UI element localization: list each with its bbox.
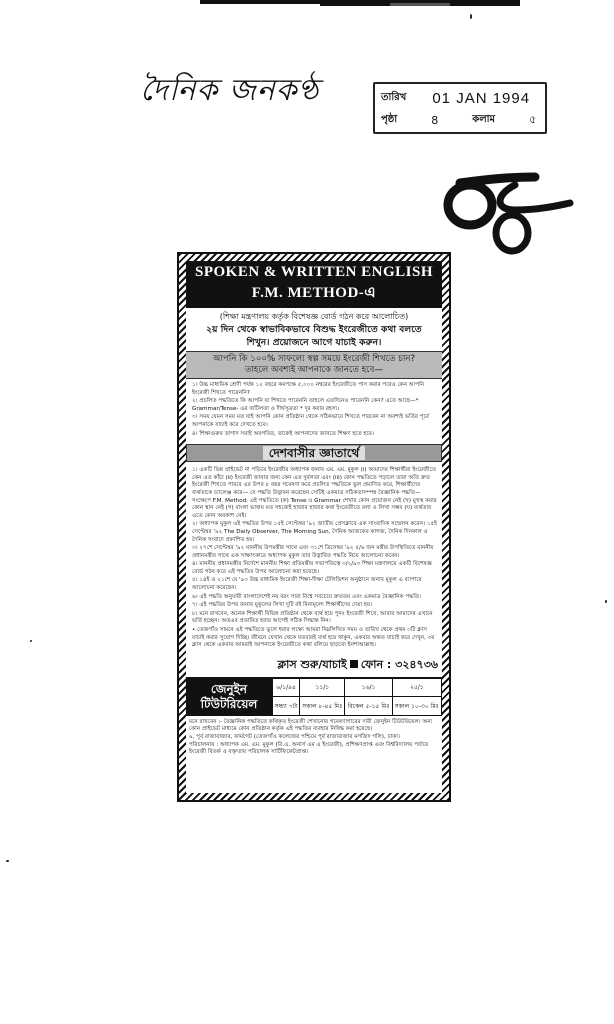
schedule-time: সন্ধ্যা ৭টা bbox=[273, 697, 300, 716]
list-item: ১। একটি ভিন্ন প্রাইভেট না পড়িয়ে ইংরেজী… bbox=[192, 467, 438, 520]
newspaper-name-handwritten: দৈনিক জনকণ্ঠ bbox=[140, 66, 319, 117]
brand-logo: জেনুইন টিউটরিয়েল bbox=[186, 678, 272, 716]
list-item: ২। প্রচলিত পদ্ধতিতে কি আপনি যা শিখতে পার… bbox=[192, 398, 438, 413]
schedule-date: ২৫/১ bbox=[392, 678, 441, 697]
ad-title-line1: SPOKEN & WRITTEN ENGLISH bbox=[186, 264, 442, 281]
schedule-time: সকাল ১০-৩০ মিঃ bbox=[392, 697, 441, 716]
schedule-block: জেনুইন টিউটরিয়েল ৬/১/৯৪ ১১/১ ১৬/১ ২৫/১ … bbox=[186, 677, 442, 716]
list-item: ২। অধ্যাপক মুকুল এই পদ্ধতির উপর ১৫ই সেপ্… bbox=[192, 521, 438, 544]
list-item: ৬। এই পদ্ধতি অনুযায়ী বাংলাদেশেই নয় বরং… bbox=[192, 594, 438, 602]
scan-top-edge bbox=[0, 0, 614, 8]
headline-line2: শিখুন। প্রয়োজনে আগে যাচাই করুন। bbox=[189, 336, 439, 349]
table-row: সন্ধ্যা ৭টা সকাল ৮-৪৫ মিঃ বিকেল ৫-১৫ মিঃ… bbox=[273, 697, 442, 716]
subtitle-note: (শিক্ষা মন্ত্রণালয় কর্তৃক বিশেষজ্ঞ বোর্… bbox=[189, 310, 439, 323]
footer-note: মনে রাখবেন :- বৈজ্ঞানিক পদ্ধতিতে কথিকৃত … bbox=[189, 719, 439, 734]
contact-line: ক্লাস শুরু/যাচাইফোন : ৩২৪৭৩৬ bbox=[186, 654, 442, 677]
class-start-label: ক্লাস শুরু/যাচাই bbox=[278, 658, 347, 671]
newspaper-advertisement: SPOKEN & WRITTEN ENGLISH F.M. METHOD-এ (… bbox=[177, 252, 451, 802]
question-line1: আপনি কি ১০০% সাফল্যে স্বল্প সময়ে ইংরেজী… bbox=[188, 354, 440, 365]
facts-list: ১। একটি ভিন্ন প্রাইভেট না পড়িয়ে ইংরেজী… bbox=[186, 464, 442, 654]
list-item: ৮। মনে রাখবেন, অনেক শিক্ষার্থী বিভিন্ন প… bbox=[192, 611, 438, 626]
footer-director: পরিচালনায় : অধ্যাপক এম. এম. মুকুল (বি.এ… bbox=[189, 742, 439, 757]
brand-line2: টিউটরিয়েল bbox=[186, 697, 272, 712]
schedule-date: ১৬/১ bbox=[345, 678, 392, 697]
archive-date-stamp: তারিখ 01 JAN 1994 পৃষ্ঠা 8 কলাম ৫ bbox=[373, 82, 547, 134]
brand-line1: জেনুইন bbox=[186, 682, 272, 697]
ad-title-banner: SPOKEN & WRITTEN ENGLISH F.M. METHOD-এ bbox=[186, 261, 442, 308]
scan-speck bbox=[470, 14, 472, 19]
headline-line1: ২য় দিন থেকে স্বাভাবিকভাবে বিশুদ্ধ ইংরেজ… bbox=[189, 323, 439, 336]
schedule-table: ৬/১/৯৪ ১১/১ ১৬/১ ২৫/১ সন্ধ্যা ৭টা সকাল ৮… bbox=[272, 678, 442, 716]
section-band: দেশবাসীর জ্ঞাতার্থে bbox=[186, 444, 442, 462]
table-row: ৬/১/৯৪ ১১/১ ১৬/১ ২৫/১ bbox=[273, 678, 442, 697]
list-item: • তেজগাঁও সামনে এই পদ্ধতিতে ভুলে ধরার লক… bbox=[192, 627, 438, 650]
footer-address: ৯, পূর্ব রাজাবাজার, ফার্মগেট (তেজগাঁও কল… bbox=[189, 734, 439, 742]
square-bullet-icon bbox=[350, 660, 358, 668]
stamp-page-value: 8 bbox=[431, 114, 438, 127]
list-item: ১। উচ্চ মাধ্যমিক শ্রেণী পর্যন্ত ১২ বছরে … bbox=[192, 382, 438, 397]
question-line2: তাহলে অবশ্যই আপনাকে জানতে হবে— bbox=[188, 365, 440, 376]
phone-label: ফোন : bbox=[361, 658, 392, 671]
handwritten-number-mark: ০৪ bbox=[440, 165, 580, 255]
schedule-time: বিকেল ৫-১৫ মিঃ bbox=[345, 697, 392, 716]
phone-number: ৩২৪৭৩৬ bbox=[395, 658, 438, 671]
list-item: ৪। শিক্ষাগুরুর তাগাদ সবাই অবগতির, তাকেই … bbox=[192, 431, 438, 439]
scan-speck bbox=[6, 860, 9, 862]
points-list: ১। উচ্চ মাধ্যমিক শ্রেণী পর্যন্ত ১২ বছরে … bbox=[186, 379, 442, 442]
schedule-date: ৬/১/৯৪ bbox=[273, 678, 300, 697]
list-item: ৭। এই পদ্ধতির উপর জনাব মুকুলের লিখা দুটি… bbox=[192, 602, 438, 610]
list-item: ৪। মাননীয় প্রধানমন্ত্রীর নির্দেশে মাননী… bbox=[192, 561, 438, 576]
ad-footer: মনে রাখবেন :- বৈজ্ঞানিক পদ্ধতিতে কথিকৃত … bbox=[186, 716, 442, 760]
stamp-column-value: ৫ bbox=[529, 111, 536, 130]
schedule-date: ১১/১ bbox=[300, 678, 345, 697]
list-item: ৩। ২৭শে সেপ্টেম্বর '৯২ মাননীয় উপমন্ত্রী… bbox=[192, 545, 438, 560]
stamp-date-label: তারিখ bbox=[381, 90, 406, 107]
stamp-date: 01 JAN 1994 bbox=[432, 90, 530, 107]
stamp-column-label: কলাম bbox=[472, 112, 495, 129]
scan-speck bbox=[30, 640, 32, 642]
section-band-title: দেশবাসীর জ্ঞাতার্থে bbox=[263, 446, 366, 460]
list-item: ৩। সময় যেমন সময় মত যাই আপনি কোন প্রতিষ… bbox=[192, 414, 438, 429]
ad-title-line2: F.M. METHOD-এ bbox=[186, 281, 442, 306]
list-item: ৫। ১৪ই ও ২১শে মে '৯৩ উচ্চ মাধ্যমিক ইংরেজ… bbox=[192, 577, 438, 592]
scan-speck bbox=[605, 600, 607, 603]
ad-subtitle: (শিক্ষা মন্ত্রণালয় কর্তৃক বিশেষজ্ঞ বোর্… bbox=[186, 308, 442, 351]
question-box: আপনি কি ১০০% সাফল্যে স্বল্প সময়ে ইংরেজী… bbox=[186, 351, 442, 379]
stamp-page-label: পৃষ্ঠা bbox=[381, 112, 397, 129]
schedule-time: সকাল ৮-৪৫ মিঃ bbox=[300, 697, 345, 716]
